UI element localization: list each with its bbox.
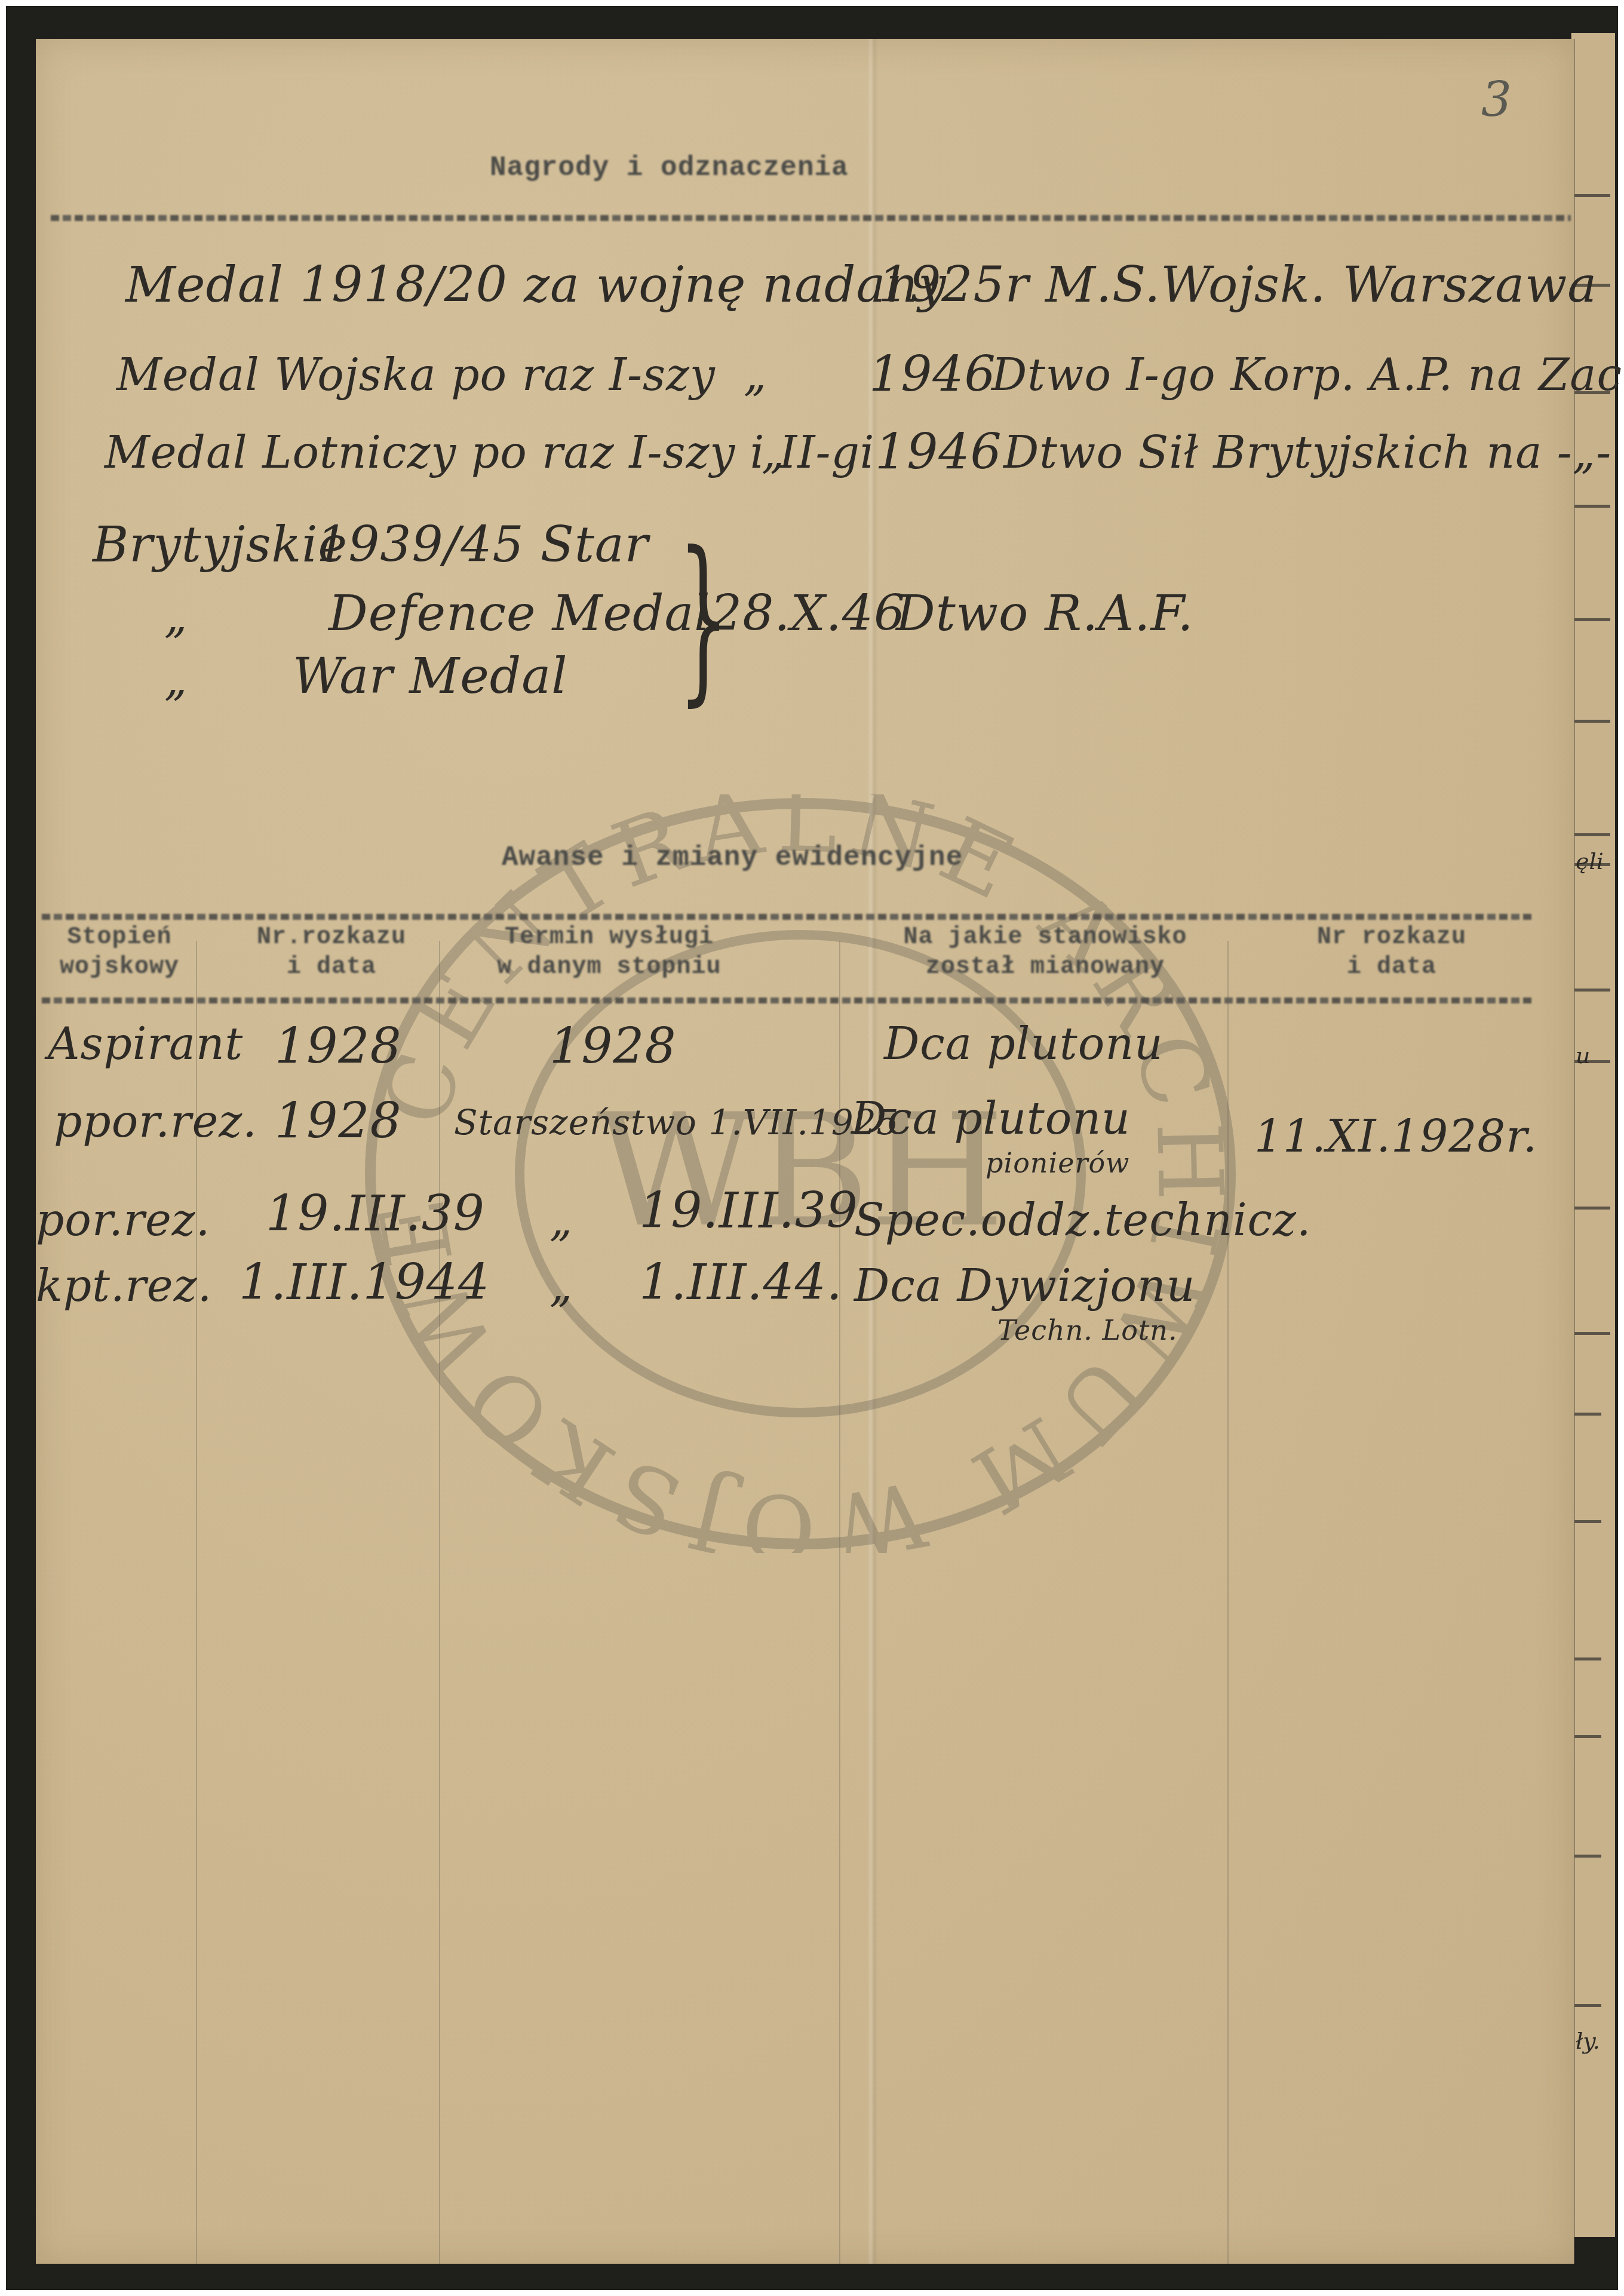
ditto-mark: „ (549, 1260, 573, 1312)
ditto-mark: „ (164, 591, 188, 643)
cell-rank: Aspirant (48, 1018, 243, 1070)
cell-order: 1928 (275, 1093, 402, 1150)
ditto-mark: „ (762, 427, 785, 478)
award-year: 1946 (869, 346, 996, 403)
ruled-tick (1574, 720, 1610, 723)
cell-order2: 11.XI.1928r. (1254, 1111, 1537, 1162)
ruled-tick (1574, 989, 1610, 992)
award-year: 1925r (878, 257, 1029, 314)
cell-seniority: 1.III.44. (639, 1254, 843, 1311)
ruled-tick (1574, 2004, 1601, 2007)
ruled-tick (1574, 194, 1610, 197)
ruled-tick (1574, 1332, 1610, 1335)
table-header-rule (42, 997, 1535, 1003)
column-rule (439, 941, 440, 2264)
back-sheet-fragment: ęli (1576, 848, 1604, 874)
section-rule (51, 215, 1571, 221)
cell-rank: kpt.rez. (36, 1260, 212, 1312)
ruled-tick (1574, 1413, 1601, 1416)
column-header-position: Na jakie stanowisko został mianowany (878, 923, 1212, 983)
cell-position: Spec.oddz.technicz. (854, 1195, 1312, 1246)
british-award: War Medal (293, 648, 567, 705)
award-issuer: M.S.Wojsk. Warszawa (1045, 257, 1597, 314)
award-name: Medal 1918/20 za wojnę nadany (125, 257, 947, 314)
british-award-date: 28.X.46 (711, 585, 905, 642)
british-award: 1939/45 Star (317, 517, 649, 573)
ditto-mark: „ (549, 1195, 573, 1246)
cell-order: 1.III.1944 (239, 1254, 490, 1311)
cell-position-cont: Techn. Lotn. (997, 1314, 1178, 1346)
ruled-tick (1574, 1520, 1601, 1523)
column-rule (1227, 941, 1229, 2264)
cell-position: Dca Dywizjonu (854, 1260, 1195, 1312)
table-top-rule (42, 914, 1535, 920)
cell-position-cont: pionierów (986, 1147, 1129, 1179)
column-header-order2: Nr rozkazu i data (1278, 923, 1505, 983)
ditto-mark: „ (164, 654, 188, 705)
british-award: Defence Medal (329, 585, 711, 642)
ruled-tick (1574, 1855, 1601, 1858)
ruled-tick (1574, 1735, 1601, 1738)
cell-position: Dca plutonu (851, 1093, 1131, 1144)
award-name: Medal Lotniczy po raz I-szy i II-gi (105, 427, 874, 478)
column-header-order: Nr.rozkazu i data (233, 923, 430, 983)
british-award-issuer: Dtwo R.A.F. (896, 585, 1194, 642)
cell-seniority: Starszeństwo 1.VII.1925 (454, 1102, 900, 1143)
ruled-tick (1574, 1657, 1601, 1660)
cell-seniority: 19.III.39 (639, 1183, 858, 1239)
award-name: Medal Wojska po raz I-szy (116, 349, 716, 401)
award-year: 1946 (875, 424, 1002, 481)
ruled-tick (1574, 618, 1610, 621)
document-page: 3 Nagrody i odznaczenia Medal 1918/20 za… (36, 39, 1574, 2264)
cell-order: 1928 (275, 1018, 402, 1075)
awards-section-title: Nagrody i odznaczenia (490, 152, 849, 183)
column-header-seniority: Termin wysługi w danym stopniu (478, 923, 741, 983)
award-issuer: Dtwo I-go Korp. A.P. na Zachodzie (991, 349, 1624, 401)
ruled-tick (1574, 833, 1610, 836)
ditto-mark: „ (744, 349, 767, 401)
back-sheet-fragment: ły. (1576, 2028, 1600, 2054)
promotions-section-title: Awanse i zmiany ewidencyjne (502, 842, 963, 873)
ruled-tick (1574, 505, 1610, 508)
page-number: 3 (1481, 72, 1512, 127)
cell-rank: ppor.rez. (54, 1096, 257, 1147)
cell-rank: por.rez. (36, 1195, 210, 1246)
column-header-rank: Stopień wojskowy (42, 923, 197, 983)
ruled-tick (1574, 1207, 1610, 1210)
cell-seniority: 1928 (549, 1018, 677, 1075)
award-issuer: Dtwo Sił Brytyjskich na -„- (1003, 427, 1611, 478)
cell-position: Dca plutonu (884, 1018, 1163, 1070)
cell-order: 19.III.39 (266, 1186, 485, 1242)
british-prefix: Brytyjskie (93, 517, 348, 573)
back-sheet-fragment: u (1576, 1042, 1590, 1069)
